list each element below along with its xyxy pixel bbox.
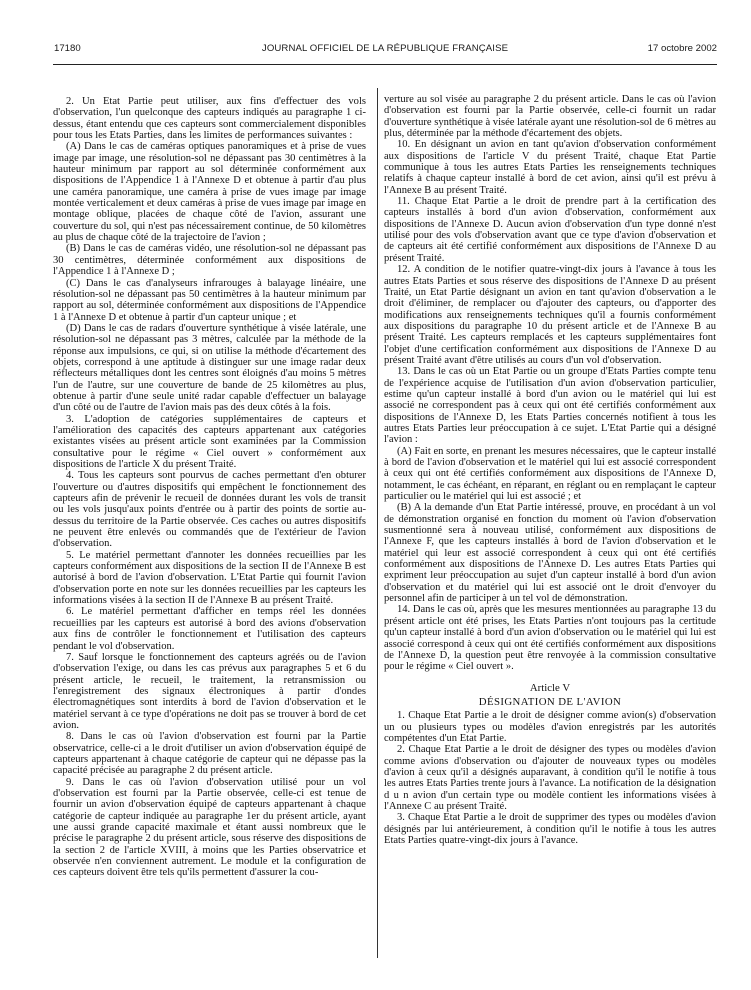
- paragraph-continued: verture au sol visée au paragraphe 2 du …: [384, 94, 716, 139]
- paragraph: 1. Chaque Etat Partie a le droit de dési…: [384, 710, 716, 744]
- paragraph: 14. Dans le cas où, après que les mesure…: [384, 604, 716, 672]
- paragraph: 13. Dans le cas où un Etat Partie ou un …: [384, 366, 716, 445]
- paragraph: 10. En désignant un avion en tant qu'avi…: [384, 139, 716, 196]
- paragraph: 5. Le matériel permettant d'annoter les …: [53, 550, 366, 607]
- paragraph: 4. Tous les capteurs sont pourvus de cac…: [53, 470, 366, 549]
- paragraph: 12. A condition de le notifier quatre-vi…: [384, 264, 716, 366]
- page-header: 17180 JOURNAL OFFICIEL DE LA RÉPUBLIQUE …: [53, 43, 717, 59]
- paragraph: (C) Dans le cas d'analyseurs infrarouges…: [53, 278, 366, 323]
- left-column: 2. Un Etat Partie peut utiliser, aux fin…: [53, 96, 366, 879]
- paragraph: 11. Chaque Etat Partie a le droit de pre…: [384, 196, 716, 264]
- paragraph: 8. Dans le cas où l'avion d'observation …: [53, 731, 366, 776]
- paragraph: (B) A la demande d'un Etat Partie intére…: [384, 502, 716, 604]
- publication-date: 17 octobre 2002: [648, 43, 717, 54]
- paragraph: (B) Dans le cas de caméras vidéo, une ré…: [53, 243, 366, 277]
- article-title: DÉSIGNATION DE L'AVION: [384, 697, 716, 708]
- paragraph: 2. Chaque Etat Partie a le droit de dési…: [384, 744, 716, 812]
- paragraph: 3. L'adoption de catégories supplémentai…: [53, 414, 366, 471]
- journal-title: JOURNAL OFFICIEL DE LA RÉPUBLIQUE FRANÇA…: [53, 43, 717, 54]
- paragraph: 6. Le matériel permettant d'afficher en …: [53, 606, 366, 651]
- paragraph: (A) Fait en sorte, en prenant les mesure…: [384, 446, 716, 503]
- paragraph: 3. Chaque Etat Partie a le droit de supp…: [384, 812, 716, 846]
- header-rule: [53, 64, 717, 65]
- paragraph: 7. Sauf lorsque le fonctionnement des ca…: [53, 652, 366, 731]
- column-divider: [377, 88, 378, 958]
- right-column: verture au sol visée au paragraphe 2 du …: [384, 94, 716, 846]
- paragraph: 2. Un Etat Partie peut utiliser, aux fin…: [53, 96, 366, 141]
- paragraph: (D) Dans le cas de radars d'ouverture sy…: [53, 323, 366, 414]
- article-heading: Article V: [384, 683, 716, 694]
- paragraph: (A) Dans le cas de caméras optiques pano…: [53, 141, 366, 243]
- paragraph: 9. Dans le cas où l'avion d'observation …: [53, 777, 366, 879]
